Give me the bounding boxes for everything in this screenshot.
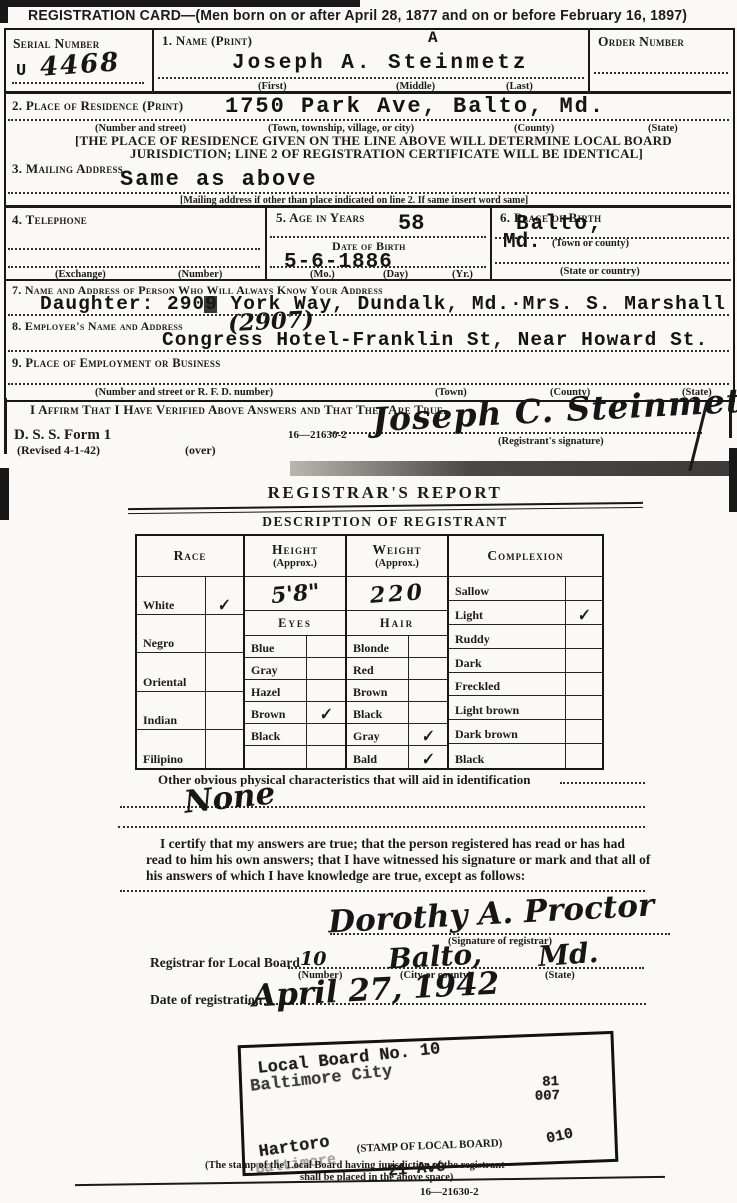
hair-option: Red bbox=[347, 658, 408, 680]
eyes-row: Black bbox=[245, 724, 345, 746]
certification-text: I certify that my answers are true; that… bbox=[146, 836, 651, 885]
stamp-of-local-board-label: (STAMP OF LOCAL BOARD) bbox=[356, 1137, 502, 1155]
complexion-checkbox bbox=[565, 720, 602, 744]
mailing-label: 3. Mailing Address bbox=[12, 161, 123, 177]
height-value-cell: 5'8" bbox=[245, 577, 345, 611]
hair-row: Bald✔ bbox=[347, 746, 447, 768]
check-mark-icon: ✔ bbox=[422, 748, 435, 769]
employer-label: 8. Employer's Name and Address bbox=[12, 319, 183, 334]
hair-row: Black bbox=[347, 702, 447, 724]
name-label: 1. Name (Print) bbox=[162, 33, 252, 49]
hair-option: Gray bbox=[347, 724, 408, 746]
check-mark-icon: ✔ bbox=[218, 595, 231, 616]
employer-value: Congress Hotel-Franklin St, Near Howard … bbox=[162, 329, 708, 351]
complexion-row: Dark brown bbox=[449, 720, 602, 744]
telephone-label: 4. Telephone bbox=[12, 212, 87, 228]
race-option: Indian bbox=[137, 692, 205, 730]
hair-checkbox bbox=[408, 636, 447, 658]
eyes-checkbox: ✔ bbox=[306, 702, 345, 724]
telephone-line bbox=[8, 248, 260, 250]
report-subtitle: DESCRIPTION OF REGISTRANT bbox=[0, 514, 737, 530]
age-label: 5. Age in Years bbox=[276, 210, 365, 226]
birth-state: Md. bbox=[503, 231, 541, 254]
hair-header: Hair bbox=[347, 611, 447, 636]
complexion-row: Light brown bbox=[449, 696, 602, 720]
race-row: White✔ bbox=[137, 577, 243, 615]
race-checkbox bbox=[205, 730, 243, 768]
hair-option: Black bbox=[347, 702, 408, 724]
board-label: Registrar for Local Board bbox=[150, 955, 300, 971]
registration-card-scan: REGISTRATION CARD—(Men born on or after … bbox=[0, 0, 737, 1203]
divider bbox=[152, 28, 154, 92]
divider bbox=[265, 206, 267, 280]
race-row: Indian bbox=[137, 692, 243, 730]
registrant-signature-label: (Registrant's signature) bbox=[498, 436, 604, 447]
race-header-text: Race bbox=[174, 549, 207, 563]
telephone-line2 bbox=[8, 266, 260, 268]
name-value: Joseph A. Steinmetz bbox=[232, 52, 528, 75]
stamp-code2: 007 bbox=[535, 1088, 561, 1105]
race-header: Race bbox=[137, 536, 243, 577]
hair-option: Brown bbox=[347, 680, 408, 702]
residence-label: 2. Place of Residence (Print) bbox=[12, 98, 183, 114]
hair-row: Brown bbox=[347, 680, 447, 702]
race-option: White bbox=[137, 577, 205, 615]
scan-artifact bbox=[0, 0, 360, 7]
eyes-option: Brown bbox=[245, 702, 306, 724]
complexion-row: Dark bbox=[449, 649, 602, 673]
hair-row: Blonde bbox=[347, 636, 447, 658]
weight-header-text: Weight bbox=[372, 543, 421, 557]
contact-line bbox=[8, 314, 729, 316]
race-checkbox: ✔ bbox=[205, 577, 243, 615]
telephone-sub-number: (Number) bbox=[178, 269, 222, 280]
stamp-code3: 010 bbox=[545, 1125, 575, 1147]
eyes-row: Gray bbox=[245, 658, 345, 680]
complexion-checkbox bbox=[565, 696, 602, 720]
hair-checkbox bbox=[408, 680, 447, 702]
eyes-option: Hazel bbox=[245, 680, 306, 702]
serial-line bbox=[12, 82, 144, 84]
hair-checkbox bbox=[408, 658, 447, 680]
report-title-rule bbox=[128, 502, 643, 514]
dob-sub-day: (Day) bbox=[383, 269, 408, 280]
mailing-line bbox=[8, 192, 729, 194]
contact-value: Daughter: 2909 York Way, Dundalk, Md.·Mr… bbox=[40, 293, 726, 315]
employment-sub-street: (Number and street or R. F. D. number) bbox=[95, 387, 273, 398]
complexion-header-text: Complexion bbox=[487, 549, 563, 563]
height-header-text: Height bbox=[272, 543, 318, 557]
weight-value-cell: 220 bbox=[347, 577, 447, 611]
mailing-value: Same as above bbox=[120, 167, 318, 192]
complexion-checkbox bbox=[565, 744, 602, 768]
name-correction: A bbox=[428, 29, 438, 47]
complexion-row: Light✔ bbox=[449, 601, 602, 625]
weight-value: 220 bbox=[369, 579, 426, 609]
complexion-row: Freckled bbox=[449, 673, 602, 697]
complexion-option: Sallow bbox=[449, 577, 565, 601]
birth-sub-town: (Town or county) bbox=[552, 238, 629, 249]
height-value: 5'8" bbox=[270, 578, 321, 608]
form-revision: (Revised 4-1-42) bbox=[17, 443, 100, 458]
weight-hair-column: Weight (Approx.) 220 Hair Blonde Red Bro… bbox=[347, 536, 449, 768]
eyes-option: Black bbox=[245, 724, 306, 746]
hair-option: Blonde bbox=[347, 636, 408, 658]
form-id: D. S. S. Form 1 bbox=[14, 427, 111, 444]
form-over: (over) bbox=[185, 443, 216, 458]
date-value: April 27, 1942 bbox=[251, 966, 500, 1015]
complexion-header: Complexion bbox=[449, 536, 602, 577]
race-rows: White✔ Negro Oriental Indian Filipino bbox=[137, 577, 243, 768]
stamp-caption-line1: (The stamp of the Local Board having jur… bbox=[205, 1160, 505, 1171]
serial-number-prefix: U bbox=[16, 62, 26, 81]
eyes-checkbox bbox=[306, 680, 345, 702]
check-mark-icon: ✔ bbox=[320, 703, 333, 724]
check-mark-icon: ✔ bbox=[578, 604, 591, 625]
dob-value: 5-6-1886 bbox=[284, 251, 393, 274]
name-sub-middle: (Middle) bbox=[396, 81, 435, 92]
divider bbox=[4, 279, 731, 281]
complexion-checkbox: ✔ bbox=[565, 601, 602, 625]
report-form-code: 16—21630-2 bbox=[420, 1186, 479, 1198]
race-column: Race White✔ Negro Oriental Indian Filipi… bbox=[137, 536, 245, 768]
dob-sub-mo: (Mo.) bbox=[310, 269, 335, 280]
complexion-column: Complexion Sallow Light✔ Ruddy Dark Frec… bbox=[449, 536, 602, 768]
employer-line bbox=[8, 350, 729, 352]
complexion-option: Ruddy bbox=[449, 625, 565, 649]
hair-row: Red bbox=[347, 658, 447, 680]
complexion-row: Black bbox=[449, 744, 602, 768]
eyes-row: Hazel bbox=[245, 680, 345, 702]
other-line2 bbox=[118, 826, 645, 828]
name-sub-last: (Last) bbox=[506, 81, 533, 92]
serial-number-value: 4468 bbox=[39, 47, 121, 83]
complexion-option: Black bbox=[449, 744, 565, 768]
eyes-checkbox bbox=[306, 636, 345, 658]
hair-row: Gray✔ bbox=[347, 724, 447, 746]
complexion-checkbox bbox=[565, 625, 602, 649]
description-table: Race White✔ Negro Oriental Indian Filipi… bbox=[135, 534, 604, 770]
order-number-label: Order Number bbox=[598, 34, 684, 50]
complexion-option: Freckled bbox=[449, 673, 565, 697]
eyes-row-empty bbox=[245, 746, 345, 768]
eyes-rows: Blue Gray Hazel Brown✔ Black bbox=[245, 636, 345, 768]
complexion-option: Dark bbox=[449, 649, 565, 673]
height-eyes-column: Height (Approx.) 5'8" Eyes Blue Gray Haz… bbox=[245, 536, 347, 768]
eyes-checkbox bbox=[306, 724, 345, 746]
stamp-box: Local Board No. 10 Baltimore City 81 007… bbox=[238, 1031, 619, 1176]
eyes-option: Gray bbox=[245, 658, 306, 680]
name-line bbox=[158, 77, 584, 79]
telephone-sub-exchange: (Exchange) bbox=[55, 269, 106, 280]
race-checkbox bbox=[205, 615, 243, 653]
age-line bbox=[270, 236, 486, 238]
dob-line bbox=[270, 266, 486, 268]
overstrike-blob bbox=[204, 296, 217, 313]
date-label: Date of registration bbox=[150, 992, 262, 1008]
dob-sub-yr: (Yr.) bbox=[452, 269, 473, 280]
residence-value: 1750 Park Ave, Balto, Md. bbox=[225, 94, 605, 119]
residence-note-line2: JURISDICTION; LINE 2 OF REGISTRATION CER… bbox=[130, 146, 643, 162]
check-mark-icon: ✔ bbox=[422, 725, 435, 746]
hair-option: Bald bbox=[347, 746, 408, 768]
hair-header-text: Hair bbox=[380, 616, 414, 631]
hair-checkbox: ✔ bbox=[408, 746, 447, 768]
race-checkbox bbox=[205, 692, 243, 730]
race-row: Oriental bbox=[137, 653, 243, 691]
eyes-row: Blue bbox=[245, 636, 345, 658]
board-state: Md. bbox=[537, 936, 599, 973]
height-header: Height (Approx.) bbox=[245, 536, 345, 577]
eyes-row: Brown✔ bbox=[245, 702, 345, 724]
eyes-checkbox bbox=[306, 658, 345, 680]
weight-header: Weight (Approx.) bbox=[347, 536, 447, 577]
birth-sub-state: (State or country) bbox=[560, 266, 640, 277]
race-row: Filipino bbox=[137, 730, 243, 768]
complexion-checkbox bbox=[565, 649, 602, 673]
employment-label: 9. Place of Employment or Business bbox=[12, 356, 221, 371]
complexion-row: Sallow bbox=[449, 577, 602, 601]
scan-artifact bbox=[290, 461, 737, 476]
complexion-option: Light bbox=[449, 601, 565, 625]
eyes-header: Eyes bbox=[245, 611, 345, 636]
divider bbox=[588, 28, 590, 92]
race-option: Negro bbox=[137, 615, 205, 653]
employment-line bbox=[8, 383, 729, 385]
race-option: Oriental bbox=[137, 653, 205, 691]
divider bbox=[4, 205, 731, 208]
weight-approx-text: (Approx.) bbox=[375, 558, 419, 569]
race-checkbox bbox=[205, 653, 243, 691]
complexion-checkbox bbox=[565, 673, 602, 697]
complexion-checkbox bbox=[565, 577, 602, 601]
other-leader bbox=[560, 782, 645, 784]
report-title: REGISTRAR'S REPORT bbox=[0, 483, 737, 503]
birth-line2 bbox=[495, 262, 729, 264]
complexion-option: Dark brown bbox=[449, 720, 565, 744]
eyes-header-text: Eyes bbox=[278, 616, 312, 631]
residence-line bbox=[8, 119, 729, 121]
front-form-code: 16—21630-2 bbox=[288, 429, 347, 441]
eyes-option: Blue bbox=[245, 636, 306, 658]
front-card-border-left bbox=[4, 398, 7, 454]
height-approx-text: (Approx.) bbox=[273, 558, 317, 569]
scan-artifact bbox=[0, 7, 8, 23]
hair-checkbox bbox=[408, 702, 447, 724]
hair-rows: Blonde Red Brown Black Gray✔ Bald✔ bbox=[347, 636, 447, 768]
complexion-row: Ruddy bbox=[449, 625, 602, 649]
divider bbox=[490, 206, 492, 280]
complexion-option: Light brown bbox=[449, 696, 565, 720]
order-line bbox=[594, 72, 728, 74]
hair-checkbox: ✔ bbox=[408, 724, 447, 746]
complexion-rows: Sallow Light✔ Ruddy Dark Freckled Light … bbox=[449, 577, 602, 768]
board-number: 10 bbox=[300, 948, 326, 970]
age-value: 58 bbox=[398, 211, 424, 236]
race-option: Filipino bbox=[137, 730, 205, 768]
card-title: REGISTRATION CARD—(Men born on or after … bbox=[28, 8, 687, 24]
race-row: Negro bbox=[137, 615, 243, 653]
name-sub-first: (First) bbox=[258, 81, 287, 92]
